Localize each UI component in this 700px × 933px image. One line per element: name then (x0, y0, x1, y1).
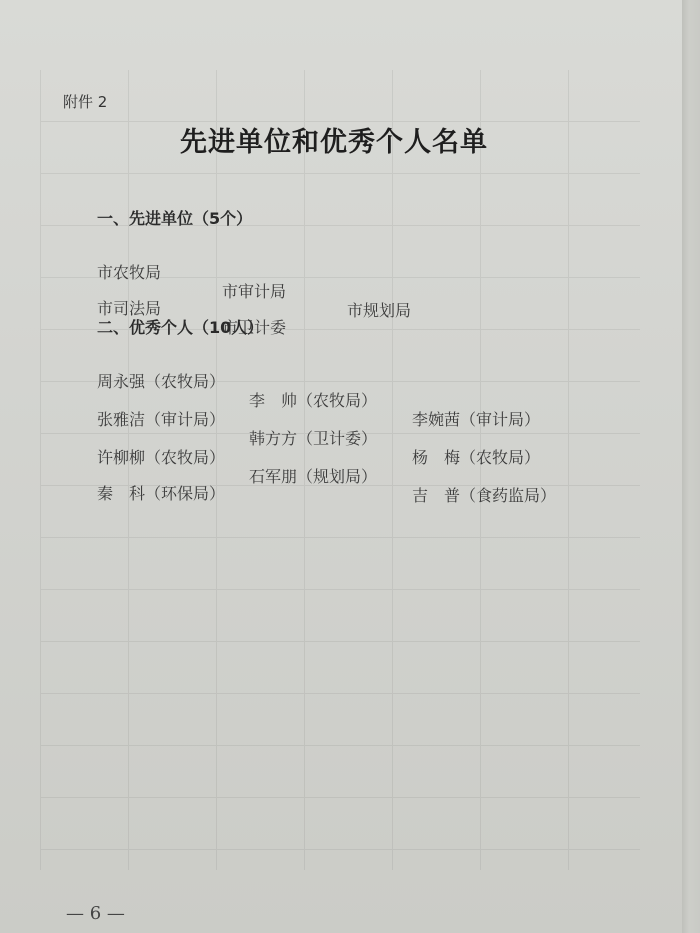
individual-item: 秦 科（环保局） (97, 481, 225, 504)
unit-item: 市规划局 (347, 298, 411, 321)
individual-item: 吉 普（食药监局） (412, 483, 556, 506)
unit-item: 市审计局 (222, 279, 286, 302)
page-edge (682, 0, 700, 933)
section-heading-units: 一、先进单位（5个） (97, 206, 252, 229)
individual-item: 杨 梅（农牧局） (412, 445, 540, 468)
attachment-label: 附件 2 (63, 91, 107, 112)
page-title: 先进单位和优秀个人名单 (180, 120, 488, 159)
individual-item: 李 帅（农牧局） (249, 388, 377, 411)
document-page: 附件 2 先进单位和优秀个人名单 一、先进单位（5个） 市农牧局 市审计局 市规… (0, 0, 682, 933)
individual-item: 韩方方（卫计委） (249, 426, 377, 449)
individuals-row-4: 秦 科（环保局） (97, 462, 117, 519)
individual-item: 石军朋（规划局） (249, 464, 377, 487)
individual-item: 李婉茜（审计局） (412, 407, 540, 430)
section-heading-individuals: 二、优秀个人（10人） (97, 315, 263, 338)
page-number: — 6 — (66, 903, 125, 924)
